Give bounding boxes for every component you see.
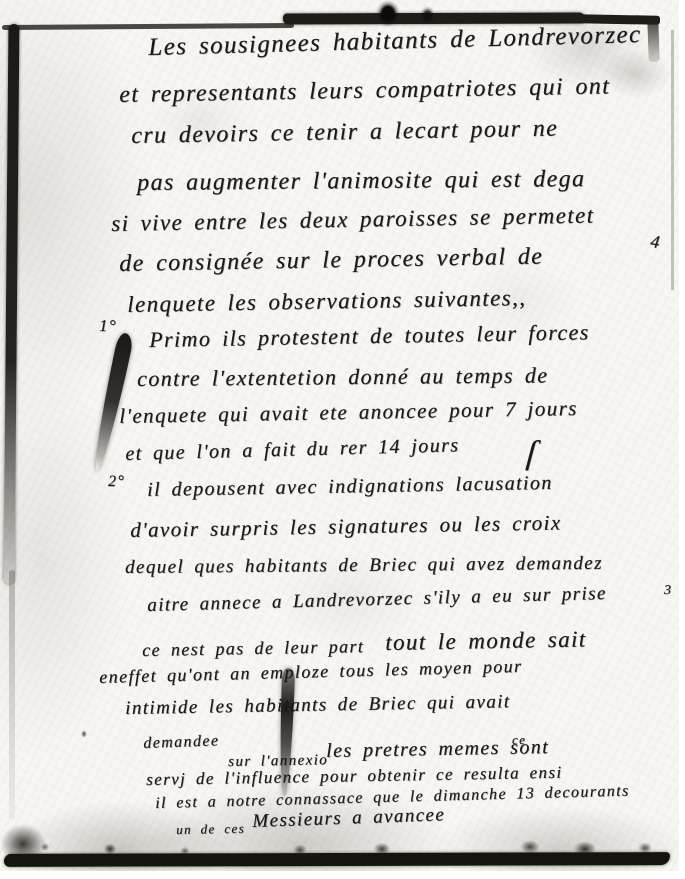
- ink-blot-top-1: [376, 0, 400, 27]
- handwriting-line-6: de consignée sur le proces verbal de: [119, 244, 543, 278]
- handwriting-line-22a: un de ces: [176, 821, 245, 838]
- handwriting-line-16: ce nest pas de leur part: [142, 636, 364, 661]
- ink-blot-top-2: [420, 6, 435, 25]
- scan-edge-top-left: [2, 23, 294, 30]
- margin-word-demandee: demandee: [143, 732, 220, 753]
- handwriting-line-7: lenquete les observations suivantes,,: [127, 285, 527, 318]
- handwriting-line-5: si vive entre les deux paroisses se perm…: [111, 203, 595, 237]
- handwriting-line-10: l'enquete qui avait ete anoncee pour 7 j…: [119, 396, 578, 429]
- handwriting-line-19: les pretres memes sont: [326, 736, 549, 763]
- handwriting-line-18: intimide les habitants de Briec qui avai…: [125, 691, 511, 720]
- handwriting-line-13: d'avoir surpris les signatures ou les cr…: [130, 510, 562, 543]
- scan-edge-right-faint: [671, 30, 674, 290]
- handwriting-line-4: pas augmenter l'animosite qui est dega: [137, 166, 586, 197]
- handwriting-line-3: cru devoirs ce tenir a lecart pour ne: [131, 116, 558, 150]
- superscript-4-mark: 4: [649, 231, 662, 253]
- handwriting-line-12: il depousent avec indignations lacusatio…: [147, 472, 553, 502]
- scan-edge-top-right-corner: [647, 18, 660, 62]
- scan-edge-bottom-blobs: [10, 836, 665, 856]
- scan-edge-left: [4, 24, 20, 584]
- handwriting-line-2: et representants leurs compatriotes qui …: [119, 73, 610, 109]
- handwriting-line-16b: tout le monde sait: [385, 626, 587, 656]
- paraph-flourish: ſ: [525, 434, 539, 473]
- handwriting-line-9: contre l'extentetion donné au temps de: [137, 362, 548, 392]
- scanned-paper: Les sousignees habitants de Londrevorzec…: [0, 0, 679, 871]
- handwriting-line-15: aitre annece a Landrevorzec s'ily a eu s…: [147, 583, 607, 617]
- superscript-3-mark: 3: [664, 583, 672, 599]
- ink-speck-left: [80, 729, 88, 739]
- scanned-document-page: { "colors": { "ink": "#1b1815", "paper":…: [0, 0, 685, 879]
- handwriting-line-14: dequel ques habitants de Briec qui avez …: [125, 553, 603, 579]
- handwriting-line-17: eneffet qu'ont an emploze tous les moyen…: [99, 656, 523, 688]
- handwriting-line-8: Primo ils protestent de toutes leur forc…: [149, 319, 590, 353]
- margin-mark-primo: 1°: [99, 316, 117, 336]
- handwriting-line-11: et que l'on a fait du rer 14 jours: [125, 434, 460, 466]
- margin-mark-secundo: 2°: [108, 473, 125, 491]
- scan-edge-left-lower: [9, 570, 15, 820]
